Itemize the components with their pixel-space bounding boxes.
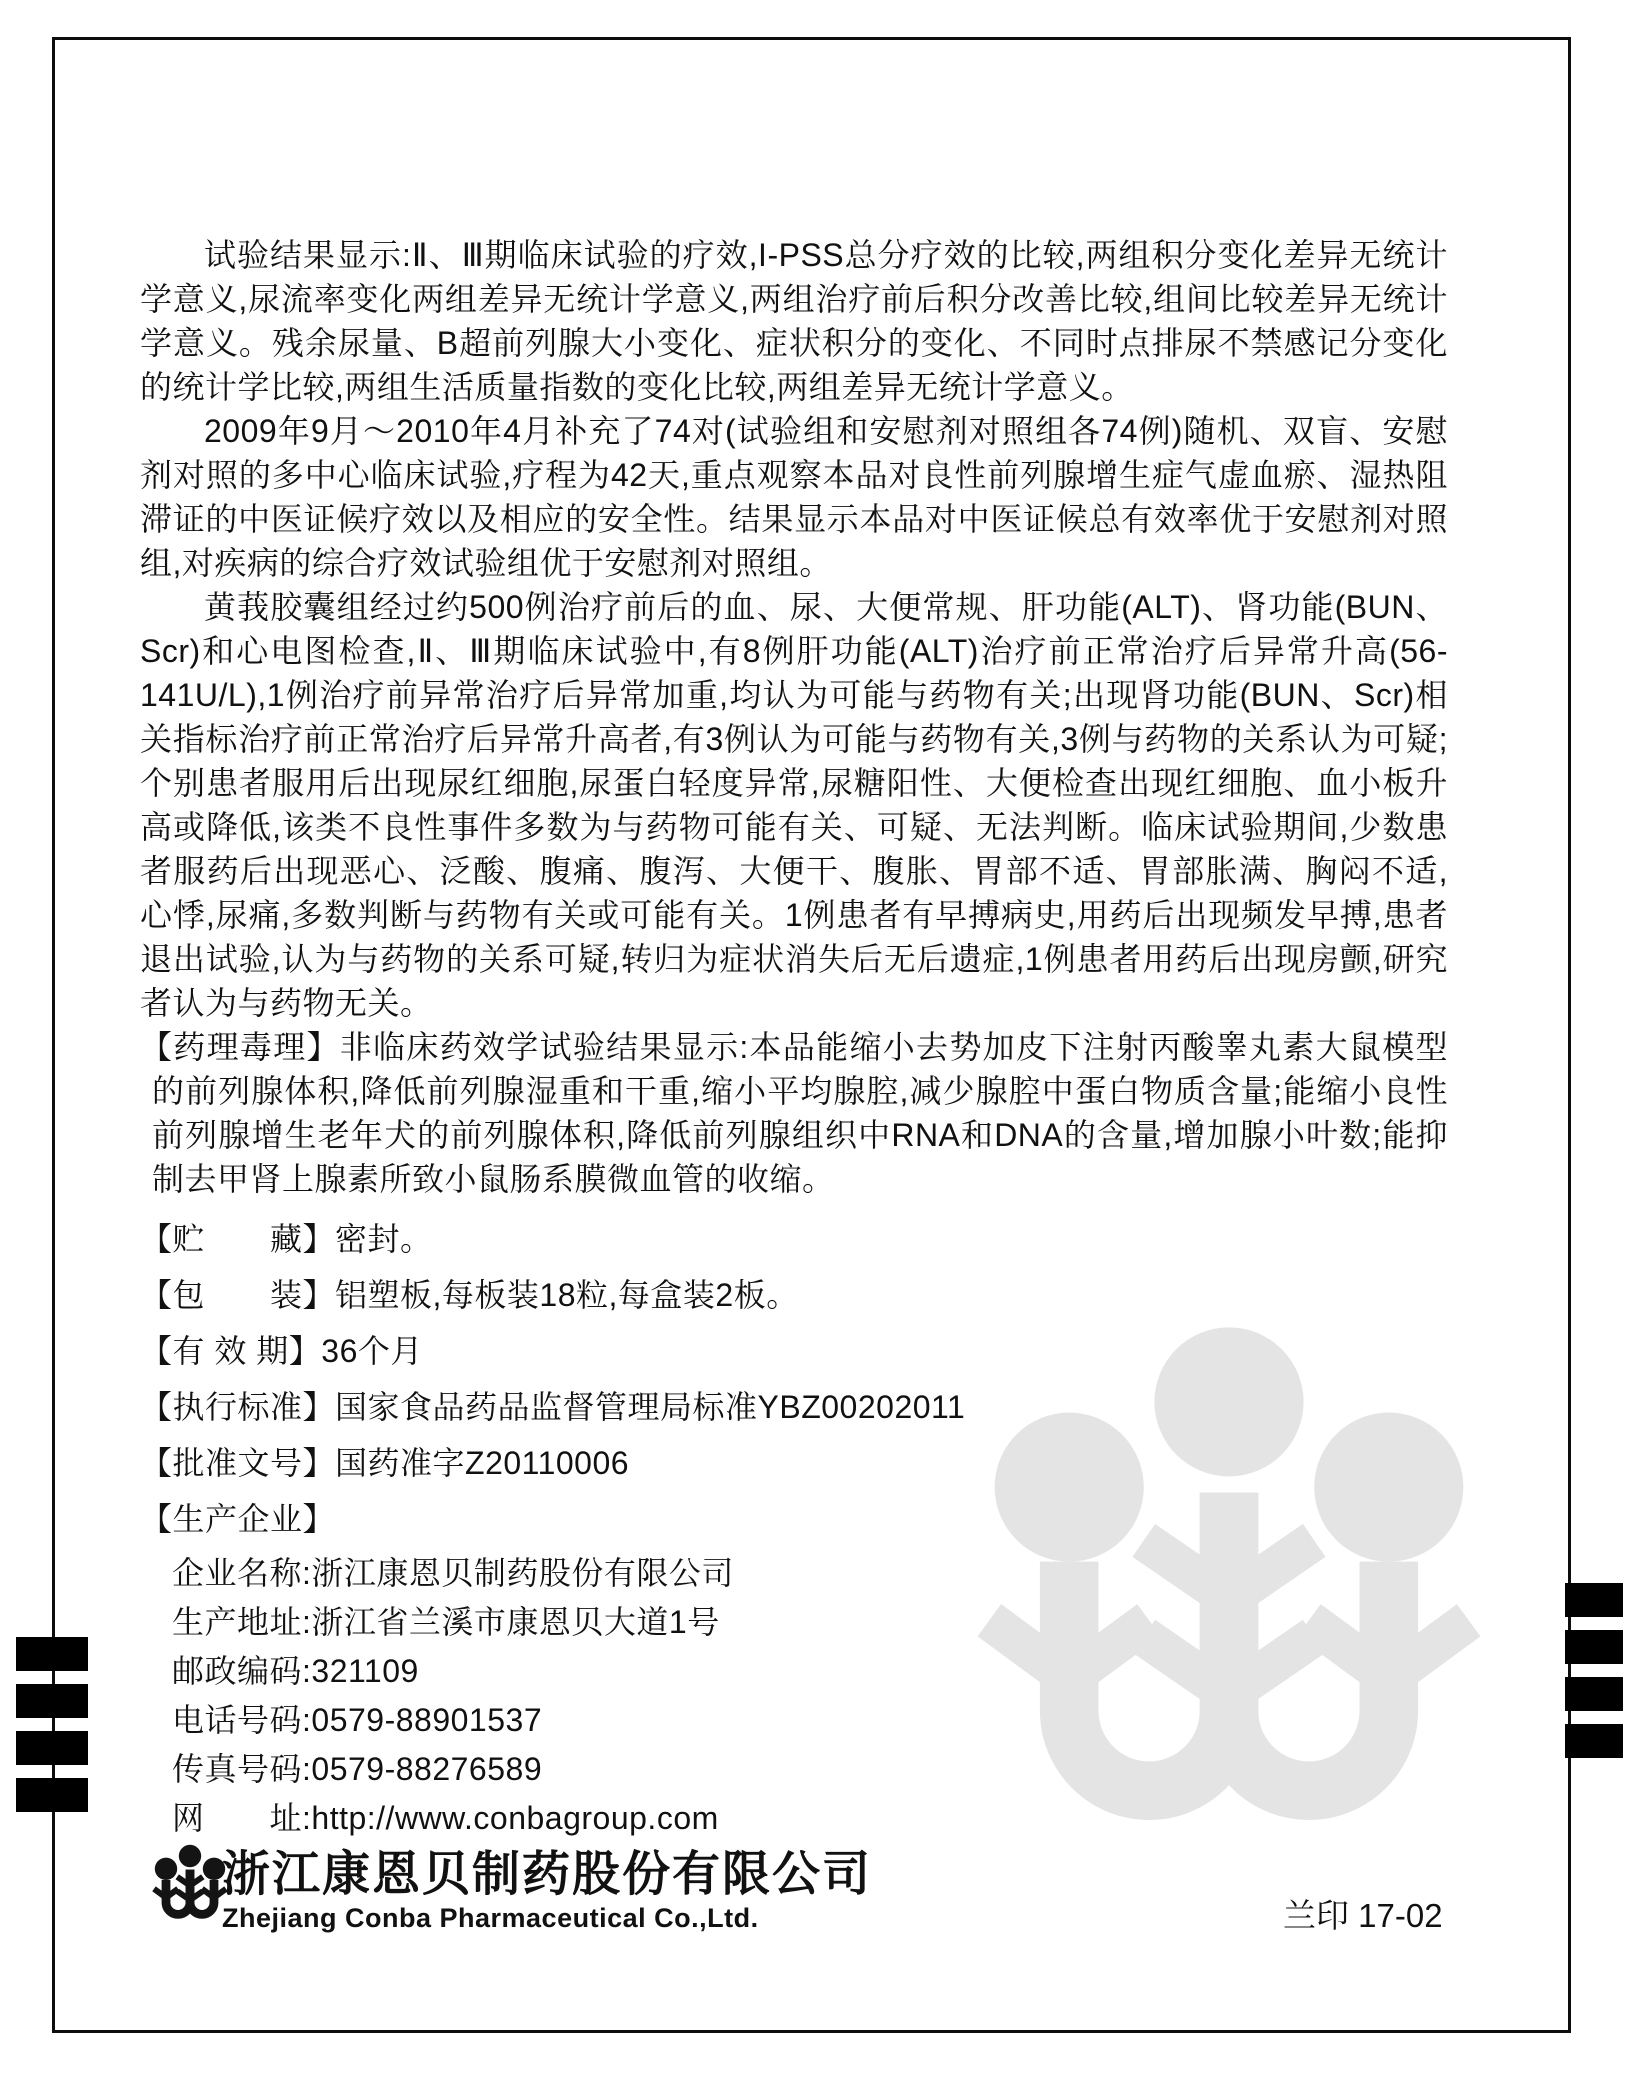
manufacturer-details: 企业名称:浙江康恩贝制药股份有限公司 生产地址:浙江省兰溪市康恩贝大道1号 邮政… [140, 1549, 1448, 1843]
pharmacology-toxicology-label: 【药理毒理】 [140, 1029, 340, 1065]
registration-mark-right-2 [1565, 1630, 1623, 1664]
registration-mark-right-1 [1565, 1583, 1623, 1617]
validity-value: 36个月 [321, 1333, 423, 1369]
manufacturer-label: 【生产企业】 [140, 1501, 335, 1537]
package-value: 铝塑板,每板装18粒,每盒装2板。 [335, 1277, 799, 1313]
registration-mark-left-1 [16, 1637, 88, 1671]
registration-mark-left-2 [16, 1684, 88, 1718]
clinical-results-paragraph: 试验结果显示:Ⅱ、Ⅲ期临床试验的疗效,I-PSS总分疗效的比较,两组积分变化差异… [140, 233, 1448, 409]
manufacturer-item: 【生产企业】 [140, 1491, 1448, 1547]
standard-item: 【执行标准】国家食品药品监督管理局标准YBZ00202011 [140, 1379, 1448, 1435]
package-item: 【包 装】铝塑板,每板装18粒,每盒装2板。 [140, 1267, 1448, 1323]
registration-mark-right-4 [1565, 1724, 1623, 1758]
registration-mark-left-4 [16, 1778, 88, 1812]
package-label: 【包 装】 [140, 1277, 335, 1313]
fax-line: 传真号码:0579-88276589 [172, 1745, 1448, 1794]
footer-company-name-cn: 浙江康恩贝制药股份有限公司 [222, 1848, 872, 1902]
footer-company-name-en: Zhejiang Conba Pharmaceutical Co.,Ltd. [222, 1902, 872, 1934]
standard-label: 【执行标准】 [140, 1389, 335, 1425]
approval-number-label: 【批准文号】 [140, 1445, 335, 1481]
pharmacology-toxicology-paragraph: 【药理毒理】非临床药效学试验结果显示:本品能缩小去势加皮下注射丙酸睾丸素大鼠模型… [140, 1025, 1448, 1201]
insert-body-text: 试验结果显示:Ⅱ、Ⅲ期临床试验的疗效,I-PSS总分疗效的比较,两组积分变化差异… [140, 233, 1448, 1843]
postal-code-line: 邮政编码:321109 [172, 1647, 1448, 1696]
website-line: 网 址:http://www.conbagroup.com [172, 1794, 1448, 1843]
production-address-line: 生产地址:浙江省兰溪市康恩贝大道1号 [172, 1598, 1448, 1647]
registration-mark-right-3 [1565, 1677, 1623, 1711]
storage-value: 密封。 [335, 1221, 433, 1257]
print-code: 兰印 17-02 [1283, 1890, 1443, 1937]
approval-number-value: 国药准字Z20110006 [335, 1445, 629, 1481]
company-name-line: 企业名称:浙江康恩贝制药股份有限公司 [172, 1549, 1448, 1598]
pharmacology-toxicology-text: 非临床药效学试验结果显示:本品能缩小去势加皮下注射丙酸睾丸素大鼠模型的前列腺体积… [152, 1029, 1448, 1197]
labeled-items-list: 【贮 藏】密封。 【包 装】铝塑板,每板装18粒,每盒装2板。 【有 效 期】3… [140, 1211, 1448, 1547]
telephone-line: 电话号码:0579-88901537 [172, 1696, 1448, 1745]
conba-logo-icon [150, 1844, 230, 1920]
storage-item: 【贮 藏】密封。 [140, 1211, 1448, 1267]
approval-number-item: 【批准文号】国药准字Z20110006 [140, 1435, 1448, 1491]
safety-observation-paragraph: 黄莪胶囊组经过约500例治疗前后的血、尿、大便常规、肝功能(ALT)、肾功能(B… [140, 585, 1448, 1025]
standard-value: 国家食品药品监督管理局标准YBZ00202011 [335, 1389, 965, 1425]
package-insert-page: 试验结果显示:Ⅱ、Ⅲ期临床试验的疗效,I-PSS总分疗效的比较,两组积分变化差异… [0, 0, 1626, 2074]
storage-label: 【贮 藏】 [140, 1221, 335, 1257]
footer-company-names: 浙江康恩贝制药股份有限公司 Zhejiang Conba Pharmaceuti… [222, 1848, 872, 1934]
supplementary-trial-paragraph: 2009年9月～2010年4月补充了74对(试验组和安慰剂对照组各74例)随机、… [140, 409, 1448, 585]
registration-mark-left-3 [16, 1731, 88, 1765]
validity-item: 【有 效 期】36个月 [140, 1323, 1448, 1379]
validity-label: 【有 效 期】 [140, 1333, 321, 1369]
